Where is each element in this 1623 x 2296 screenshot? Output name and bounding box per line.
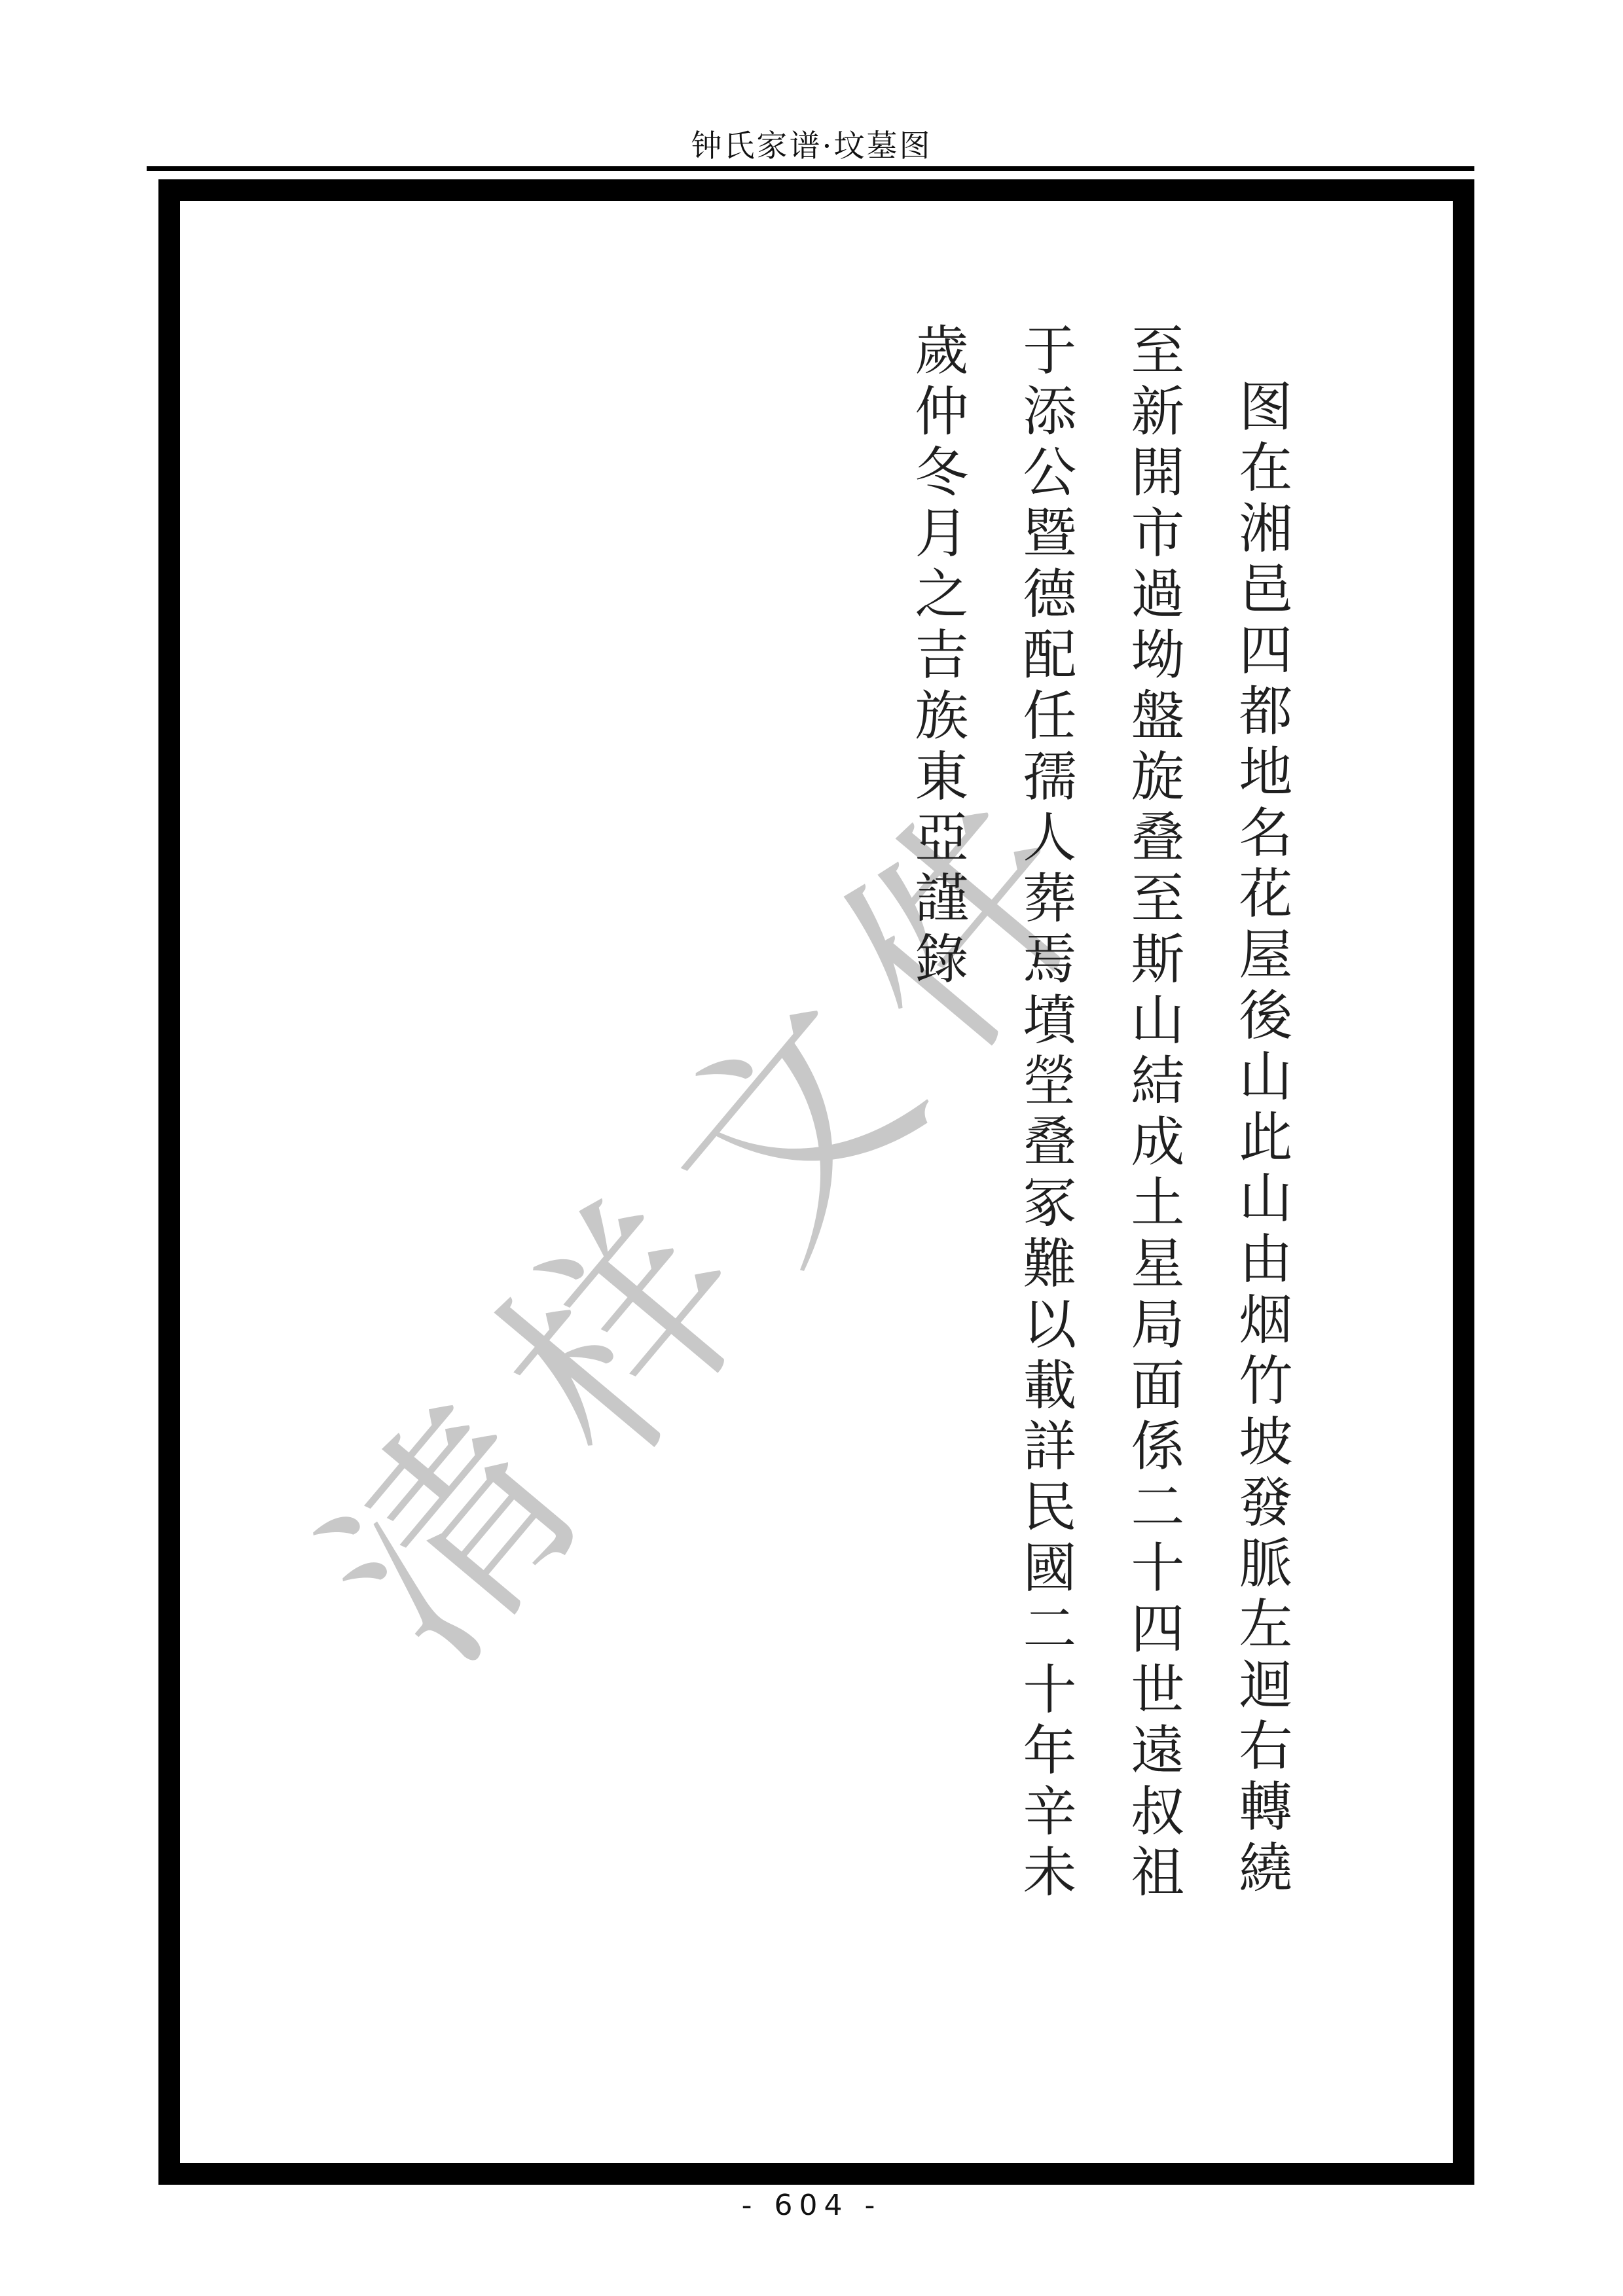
header-rule bbox=[147, 166, 1474, 171]
text-column-3: 于添公暨德配任孺人葬焉墳塋叠冢難以載詳民國二十年辛未 bbox=[1015, 322, 1075, 1905]
page: 钟氏家谱·坟墓图 清样文件 图在湘邑四都地名花屋後山此山由烟竹坡發脈左迴右轉繞 … bbox=[0, 0, 1623, 2296]
text-column-2: 至新開市過坳盤旋叠至斯山結成土星局面係二十四世遠叔祖 bbox=[1123, 322, 1183, 1905]
text-column-4: 歲仲冬月之吉族東亞謹錄 bbox=[907, 322, 967, 992]
text-column-1: 图在湘邑四都地名花屋後山此山由烟竹坡發脈左迴右轉繞 bbox=[1231, 378, 1291, 1900]
page-title: 钟氏家谱·坟墓图 bbox=[0, 122, 1623, 166]
page-number: - 604 - bbox=[0, 2189, 1623, 2222]
